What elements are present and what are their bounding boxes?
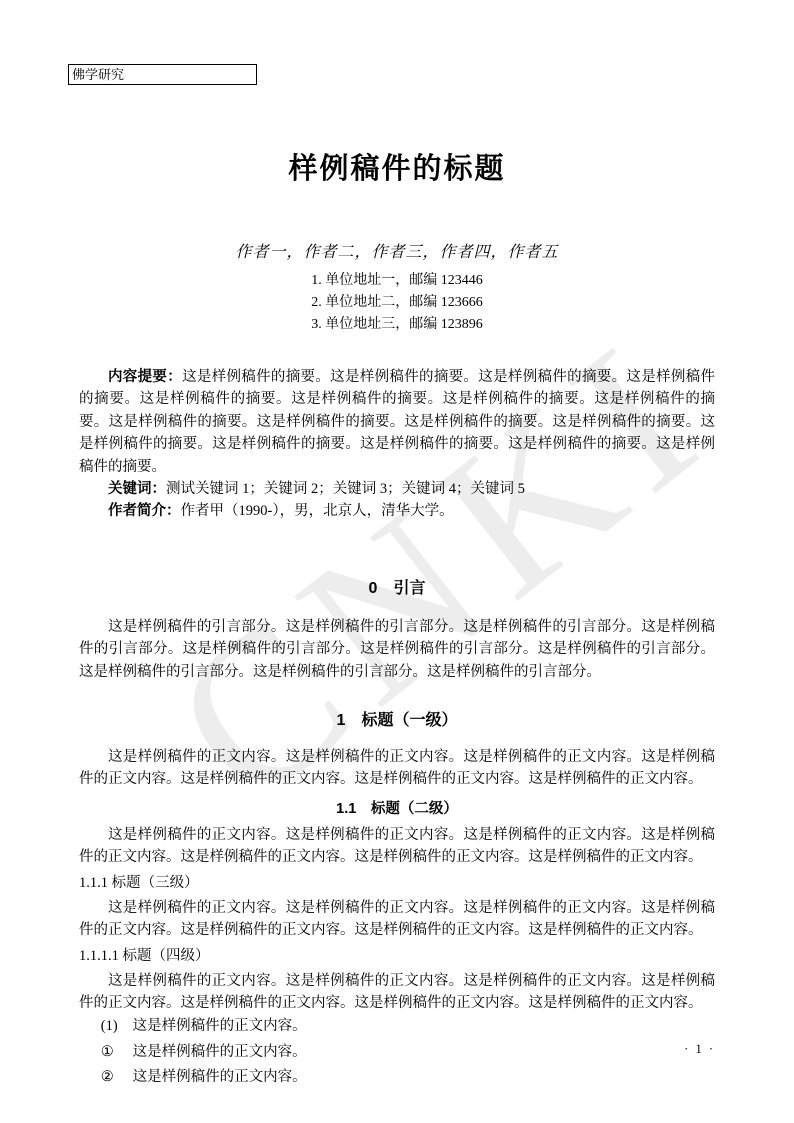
keywords-line: 关键词：测试关键词 1；关键词 2；关键词 3；关键词 4；关键词 5 bbox=[79, 478, 715, 500]
list-item: (1)这是样例稿件的正文内容。 bbox=[79, 1014, 715, 1040]
list-item-text: 这是样例稿件的正文内容。 bbox=[133, 1069, 307, 1085]
list-item-marker: (1) bbox=[101, 1014, 133, 1040]
abstract-label: 内容提要： bbox=[108, 369, 182, 385]
abstract-block: 内容提要：这是样例稿件的摘要。这是样例稿件的摘要。这是样例稿件的摘要。这是样例稿… bbox=[79, 366, 715, 523]
list-item: ②这是样例稿件的正文内容。 bbox=[79, 1065, 715, 1091]
journal-name: 佛学研究 bbox=[72, 67, 124, 82]
author-line: 作者一，作者二，作者三，作者四，作者五 bbox=[79, 239, 715, 262]
author-bio-text: 作者甲（1990-），男，北京人，清华大学。 bbox=[181, 503, 454, 519]
heading-level3: 1.1.1 标题（三级） bbox=[79, 872, 715, 894]
document-page: CNKI 佛学研究 样例稿件的标题 作者一，作者二，作者三，作者四，作者五 1.… bbox=[0, 0, 794, 1123]
affiliation-line: 1. 单位地址一，邮编 123446 bbox=[79, 270, 715, 292]
list-item-text: 这是样例稿件的正文内容。 bbox=[133, 1018, 307, 1034]
affiliation-line: 3. 单位地址三，邮编 123896 bbox=[79, 314, 715, 336]
page-number: · 1 · bbox=[684, 1042, 715, 1057]
author-bio-line: 作者简介：作者甲（1990-），男，北京人，清华大学。 bbox=[79, 500, 715, 522]
level3-paragraph: 这是样例稿件的正文内容。这是样例稿件的正文内容。这是样例稿件的正文内容。这是样例… bbox=[79, 897, 715, 942]
heading-level1: 1 标题（一级） bbox=[79, 707, 715, 730]
list-item-text: 这是样例稿件的正文内容。 bbox=[133, 1044, 307, 1060]
level1-paragraph: 这是样例稿件的正文内容。这是样例稿件的正文内容。这是样例稿件的正文内容。这是样例… bbox=[79, 746, 715, 791]
author-bio-label: 作者简介： bbox=[108, 503, 181, 519]
keywords-label: 关键词： bbox=[108, 481, 166, 497]
document-content: 样例稿件的标题 作者一，作者二，作者三，作者四，作者五 1. 单位地址一，邮编 … bbox=[0, 0, 794, 1091]
list-item: ①这是样例稿件的正文内容。 bbox=[79, 1040, 715, 1066]
heading-level2: 1.1 标题（二级） bbox=[79, 797, 715, 818]
abstract-paragraph: 内容提要：这是样例稿件的摘要。这是样例稿件的摘要。这是样例稿件的摘要。这是样例稿… bbox=[79, 366, 715, 478]
level4-paragraph: 这是样例稿件的正文内容。这是样例稿件的正文内容。这是样例稿件的正文内容。这是样例… bbox=[79, 970, 715, 1015]
heading-introduction: 0 引言 bbox=[79, 575, 715, 598]
journal-name-box: 佛学研究 bbox=[68, 64, 257, 85]
affiliation-block: 1. 单位地址一，邮编 123446 2. 单位地址二，邮编 123666 3.… bbox=[79, 270, 715, 336]
list-item-marker: ② bbox=[101, 1065, 133, 1091]
heading-level4: 1.1.1.1 标题（四级） bbox=[79, 945, 715, 967]
article-title: 样例稿件的标题 bbox=[79, 0, 715, 187]
affiliation-line: 2. 单位地址二，邮编 123666 bbox=[79, 292, 715, 314]
introduction-paragraph: 这是样例稿件的引言部分。这是样例稿件的引言部分。这是样例稿件的引言部分。这是样例… bbox=[79, 616, 715, 683]
level2-paragraph: 这是样例稿件的正文内容。这是样例稿件的正文内容。这是样例稿件的正文内容。这是样例… bbox=[79, 824, 715, 869]
keywords-text: 测试关键词 1；关键词 2；关键词 3；关键词 4；关键词 5 bbox=[166, 481, 525, 497]
list-item-marker: ① bbox=[101, 1040, 133, 1066]
